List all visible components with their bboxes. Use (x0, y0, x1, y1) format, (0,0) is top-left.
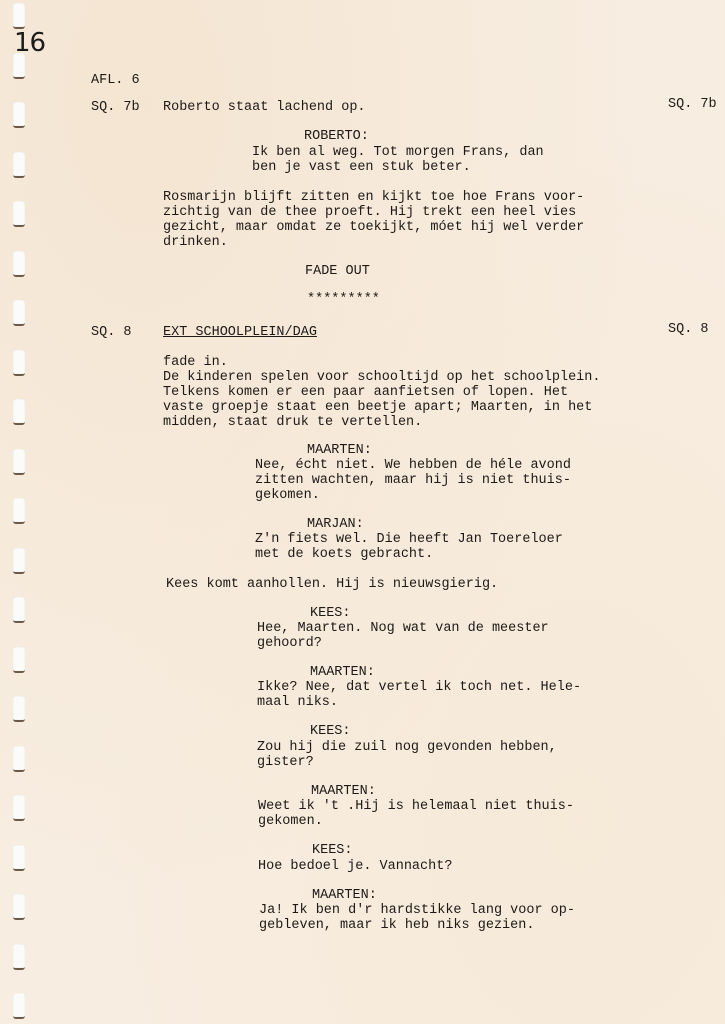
action-line: vaste groepje staat een beetje apart; Ma… (163, 400, 592, 416)
dialogue-line: Z'n fiets wel. Die heeft Jan Toereloer (255, 532, 563, 548)
dialogue-line: Zou hij die zuil nog gevonden hebben, (257, 740, 557, 756)
action-line: Kees komt aanhollen. Hij is nieuwsgierig… (166, 577, 498, 593)
episode-label: AFL. 6 (91, 73, 140, 89)
sequence-label-right: SQ. 7b (668, 97, 717, 113)
dialogue-line: gebleven, maar ik heb niks gezien. (259, 918, 534, 934)
dialogue-line: ben je vast een stuk beter. (252, 160, 471, 176)
character-name: MARJAN: (307, 517, 364, 533)
binder-hole (13, 548, 25, 574)
sequence-label-right: SQ. 8 (668, 322, 709, 338)
binder-hole (13, 152, 25, 178)
character-name: MAARTEN: (312, 888, 377, 904)
dialogue-line: Ikke? Nee, dat vertel ik toch net. Hele- (257, 680, 581, 696)
action-line: midden, staat druk te vertellen. (163, 415, 422, 431)
handwritten-page-number: 16 (14, 28, 45, 58)
binder-hole (13, 944, 25, 970)
binder-hole (13, 102, 25, 128)
dialogue-line: Ik ben al weg. Tot morgen Frans, dan (252, 145, 544, 161)
binder-hole (13, 647, 25, 673)
action-line: Telkens komen er een paar aanfietsen of … (163, 385, 568, 401)
separator: ********* (307, 292, 380, 308)
dialogue-line: Hoe bedoel je. Vannacht? (258, 859, 452, 875)
sequence-label-left: SQ. 8 (91, 325, 132, 341)
character-name: KEES: (312, 843, 353, 859)
dialogue-line: zitten wachten, maar hij is niet thuis- (255, 473, 571, 489)
dialogue-line: met de koets gebracht. (255, 547, 433, 563)
dialogue-line: gehoord? (257, 636, 322, 652)
script-page: 16 AFL. 6 SQ. 7b SQ. 7b Roberto staat la… (0, 0, 725, 1024)
dialogue-line: Hee, Maarten. Nog wat van de meester (257, 621, 549, 637)
transition: FADE OUT (305, 264, 370, 280)
dialogue-line: Nee, écht niet. We hebben de héle avond (255, 458, 571, 474)
binder-hole (13, 993, 25, 1019)
character-name: KEES: (310, 724, 351, 740)
binder-hole (13, 251, 25, 277)
binder-hole (13, 746, 25, 772)
dialogue-line: maal niks. (257, 695, 338, 711)
dialogue-line: Ja! Ik ben d'r hardstikke lang voor op- (259, 903, 575, 919)
action-line: De kinderen spelen voor schooltijd op he… (163, 370, 600, 386)
action-line: drinken. (163, 235, 228, 251)
binder-hole (13, 597, 25, 623)
action-line: zichtig van de thee proeft. Hij trekt ee… (163, 205, 576, 221)
action-line: Roberto staat lachend op. (163, 100, 366, 116)
binder-hole (13, 845, 25, 871)
character-name: MAARTEN: (307, 443, 372, 459)
action-line: Rosmarijn blijft zitten en kijkt toe hoe… (163, 190, 584, 206)
action-line: fade in. (163, 355, 228, 371)
dialogue-line: gister? (257, 755, 314, 771)
binder-hole (13, 350, 25, 376)
binder-holes (13, 0, 29, 1024)
character-name: MAARTEN: (310, 665, 375, 681)
binder-hole (13, 696, 25, 722)
character-name: KEES: (310, 606, 351, 622)
binder-hole (13, 399, 25, 425)
dialogue-line: gekomen. (255, 488, 320, 504)
action-line: gezicht, maar omdat ze toekijkt, móet hi… (163, 220, 584, 236)
sequence-label-left: SQ. 7b (91, 100, 140, 116)
binder-hole (13, 3, 25, 29)
binder-hole (13, 201, 25, 227)
binder-hole (13, 894, 25, 920)
binder-hole (13, 795, 25, 821)
binder-hole (13, 498, 25, 524)
character-name: ROBERTO: (304, 129, 369, 145)
character-name: MAARTEN: (311, 784, 376, 800)
scene-heading: EXT SCHOOLPLEIN/DAG (163, 325, 317, 341)
dialogue-line: gekomen. (258, 814, 323, 830)
binder-hole (13, 449, 25, 475)
binder-hole (13, 300, 25, 326)
dialogue-line: Weet ik 't .Hij is helemaal niet thuis- (258, 799, 574, 815)
